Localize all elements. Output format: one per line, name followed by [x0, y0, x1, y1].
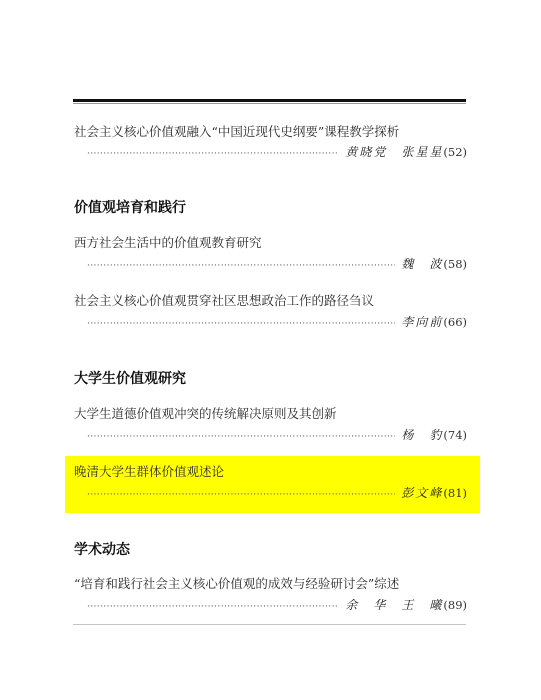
entry-title: 晚清大学生群体价值观述论 [74, 464, 224, 479]
entry-page: (58) [443, 257, 467, 272]
entry-page: (89) [443, 598, 467, 613]
bottom-rule [73, 624, 466, 625]
entry-authors: 杨 豹 [401, 428, 443, 443]
dot-leader [87, 430, 395, 445]
dot-leader [87, 600, 339, 615]
entry-authors: 魏 波 [401, 257, 443, 272]
entry-leader-line: 魏 波 (58) [87, 257, 467, 274]
top-rule-thick [73, 99, 466, 102]
top-rule-thin [73, 103, 466, 104]
entry-authors: 彭文峰 [401, 486, 443, 501]
entry-page: (66) [443, 315, 467, 330]
entry-authors: 余 华 王 曦 [345, 598, 443, 613]
entry-title: 大学生道德价值观冲突的传统解决原则及其创新 [74, 406, 337, 421]
toc-entry[interactable]: 社会主义核心价值观融入“中国近现代史纲要”课程教学探析 黄晓党 张星星 (52) [65, 120, 480, 164]
entry-authors: 李向前 [401, 315, 443, 330]
toc-entry[interactable]: 西方社会生活中的价值观教育研究 魏 波 (58) [65, 232, 480, 276]
entry-title: 社会主义核心价值观融入“中国近现代史纲要”课程教学探析 [74, 124, 399, 139]
toc-entry-highlighted[interactable]: 晚清大学生群体价值观述论 彭文峰 (81) [65, 456, 480, 513]
toc-entry[interactable]: “培育和践行社会主义核心价值观的成效与经验研讨会”综述 余 华 王 曦 (89) [65, 573, 480, 617]
entry-leader-line: 杨 豹 (74) [87, 428, 467, 445]
section-heading: 价值观培育和践行 [74, 200, 186, 216]
entry-leader-line: 李向前 (66) [87, 315, 467, 332]
entry-leader-line: 余 华 王 曦 (89) [87, 598, 467, 615]
entry-page: (52) [443, 145, 467, 160]
entry-title: “培育和践行社会主义核心价值观的成效与经验研讨会”综述 [74, 576, 399, 591]
entry-page: (74) [443, 428, 467, 443]
entry-title: 社会主义核心价值观贯穿社区思想政治工作的路径刍议 [74, 293, 374, 308]
dot-leader [87, 147, 339, 162]
toc-entry[interactable]: 社会主义核心价值观贯穿社区思想政治工作的路径刍议 李向前 (66) [65, 290, 480, 334]
entry-page: (81) [443, 486, 467, 501]
dot-leader [87, 317, 395, 332]
entry-authors: 黄晓党 张星星 [345, 145, 443, 160]
entry-title: 西方社会生活中的价值观教育研究 [74, 235, 262, 250]
section-heading: 大学生价值观研究 [74, 371, 186, 387]
entry-leader-line: 黄晓党 张星星 (52) [87, 145, 467, 162]
dot-leader [87, 259, 395, 274]
toc-page: 社会主义核心价值观融入“中国近现代史纲要”课程教学探析 黄晓党 张星星 (52)… [0, 0, 541, 700]
toc-entry[interactable]: 大学生道德价值观冲突的传统解决原则及其创新 杨 豹 (74) [65, 403, 480, 447]
section-heading: 学术动态 [74, 542, 130, 558]
dot-leader [87, 488, 395, 503]
entry-leader-line: 彭文峰 (81) [87, 486, 467, 503]
